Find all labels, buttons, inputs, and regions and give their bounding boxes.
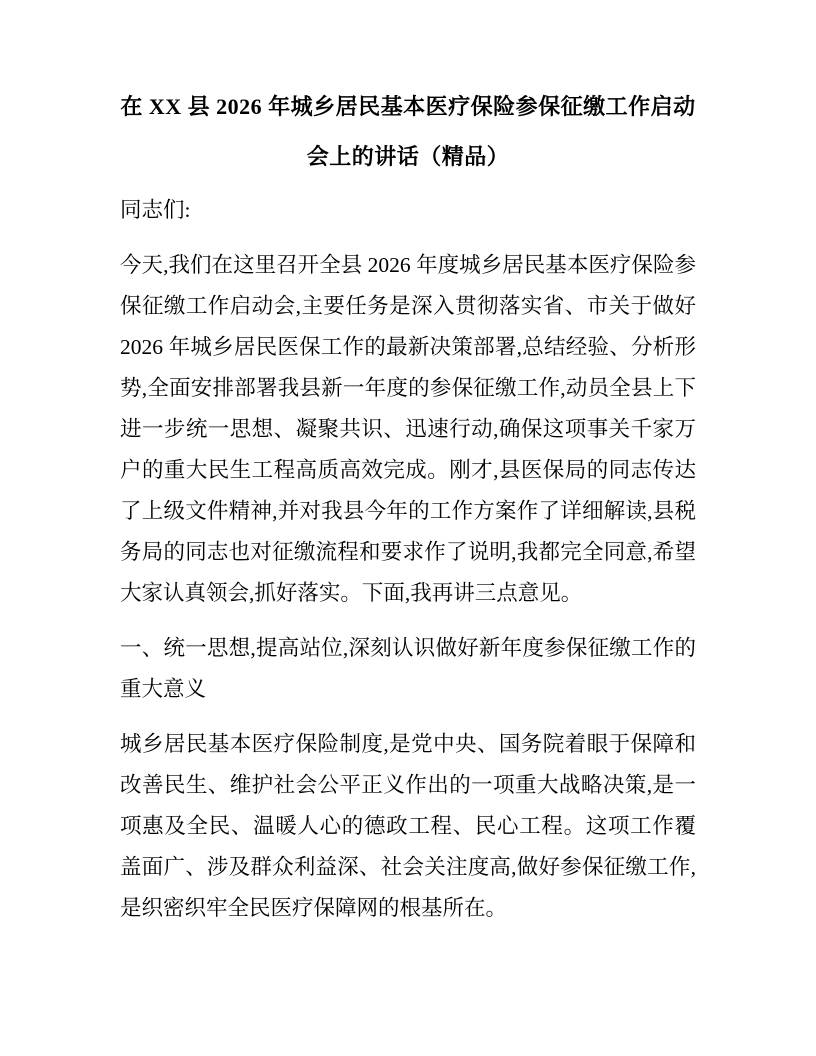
document-page: 在 XX 县 2026 年城乡居民基本医疗保险参保征缴工作启动会上的讲话（精品）… — [0, 0, 816, 1056]
salutation: 同志们: — [120, 190, 696, 231]
opening-paragraph: 今天,我们在这里召开全县 2026 年度城乡居民基本医疗保险参保征缴工作启动会,… — [120, 245, 696, 614]
document-title: 在 XX 县 2026 年城乡居民基本医疗保险参保征缴工作启动会上的讲话（精品） — [120, 82, 696, 182]
section-1-paragraph: 城乡居民基本医疗保险制度,是党中央、国务院着眼于保障和改善民生、维护社会公平正义… — [120, 724, 696, 929]
section-1-heading: 一、统一思想,提高站位,深刻认识做好新年度参保征缴工作的重大意义 — [120, 628, 696, 710]
